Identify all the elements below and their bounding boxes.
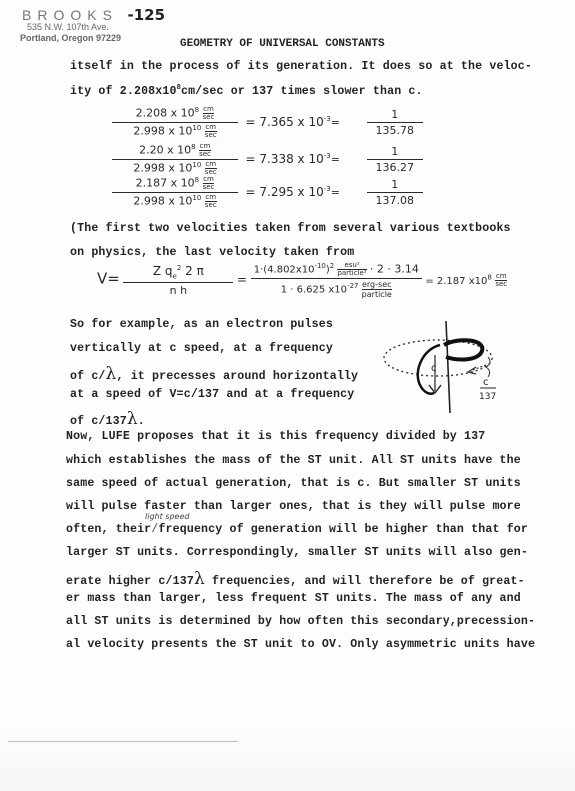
velocity-value: ity of 2.208x10 (70, 85, 177, 98)
ratio-den-exp: 10 (192, 161, 201, 169)
ratio-equation: 2.187 x 108 cmsec2.998 x 1010 cmsec = 7.… (112, 176, 423, 209)
ratio-fraction: 2.20 x 108 cmsec2.998 x 1010 cmsec (112, 143, 238, 176)
reciprocal-den: 137.08 (367, 193, 423, 207)
intro-line-2-rest: cm/sec or 137 times slower than c. (181, 85, 423, 98)
diagram-label-c: c (431, 363, 437, 374)
ratio-result-exp: -3 (324, 152, 331, 160)
lambda-symbol: λ (127, 409, 138, 429)
ratio-numerator: 2.208 x 10 (136, 107, 195, 120)
reciprocal-fraction: 1136.27 (367, 145, 423, 174)
body-line: er mass than larger, less frequent ST un… (66, 592, 521, 605)
ratio-result: = 7.295 x 10 (246, 185, 324, 199)
frac2-den-unit-num: erg-sec (362, 280, 392, 290)
body-line: will pulse faster than larger ones, that… (66, 500, 521, 513)
unit-den: sec (203, 183, 215, 191)
unit-den: sec (203, 113, 215, 121)
intro-line-2: ity of 2.208x108cm/sec or 137 times slow… (70, 84, 423, 98)
body-text: larger ST units. Correspondingly, smalle… (66, 546, 528, 559)
example-line-3-b: , it precesses around horizontally (116, 370, 358, 383)
ratio-fraction: 2.187 x 108 cmsec2.998 x 1010 cmsec (112, 176, 238, 209)
ratio-num-exp: 8 (195, 176, 199, 184)
unit-den: sec (199, 150, 211, 158)
frac2-den-exp: -27 (347, 282, 358, 290)
result-unit-den: sec (495, 280, 507, 288)
body-line: often, their/frequency of generation wil… (66, 523, 528, 536)
ratio-numerator: 2.20 x 10 (139, 144, 191, 157)
address-line-2: Portland, Oregon 97229 (20, 33, 121, 43)
example-line-3-a: of c/ (70, 370, 106, 383)
body-line: al velocity presents the ST unit to OV. … (66, 638, 535, 651)
body-text: all ST units is determined by how often … (66, 615, 535, 628)
ratio-numerator: 2.187 x 10 (136, 177, 195, 190)
body-line: larger ST units. Correspondingly, smalle… (66, 546, 528, 559)
handwritten-insertion: light speed (145, 512, 189, 521)
address-line-1: 535 N.W. 107th Ave. (27, 22, 109, 32)
body-text: which establishes the mass of the ST uni… (66, 454, 521, 467)
body-text: frequencies, and will therefore be of gr… (205, 575, 525, 588)
ratio-num-exp: 8 (191, 143, 195, 151)
body-line: Now, LUFE proposes that it is this frequ… (66, 430, 485, 443)
frac1-sub: e (173, 273, 177, 281)
frac1-rest: 2 π (181, 264, 204, 278)
example-line-5-a: of c/137 (70, 415, 127, 428)
example-line-5-b: . (138, 415, 145, 428)
frac2-den: 1 · 6.625 x10 (281, 285, 347, 296)
body-text: er mass than larger, less frequent ST un… (66, 592, 521, 605)
ratio-denominator: 2.998 x 10 (133, 162, 192, 175)
ratio-denominator: 2.998 x 10 (133, 195, 192, 208)
reciprocal-den: 135.78 (367, 123, 423, 137)
frac1-num: Z q (153, 264, 173, 278)
frac1-den: n h (123, 283, 233, 297)
intro-line-1: itself in the process of its generation.… (70, 60, 532, 73)
lambda-symbol: λ (106, 364, 117, 384)
body-text: will pulse faster than larger ones, that… (66, 500, 521, 513)
velocity-formula: V= Z qe2 2 π n h = 1·(4.802x10-10)2 esu²… (97, 262, 507, 299)
body-text: al velocity presents the ST unit to OV. … (66, 638, 535, 651)
reciprocal-num: 1 (367, 178, 423, 193)
page-number: -125 (128, 6, 166, 24)
note-line-1: (The first two velocities taken from sev… (70, 222, 511, 235)
frac2-sq: 2 (330, 262, 334, 270)
body-text: often, their (66, 523, 151, 536)
body-text: same speed of actual generation, that is… (66, 477, 521, 490)
reciprocal-den: 136.27 (367, 160, 423, 174)
unit-den: sec (205, 201, 217, 209)
example-line-2: vertically at c speed, at a frequency (70, 342, 333, 355)
body-line: erate higher c/137λ frequencies, and wil… (66, 569, 525, 589)
ratio-den-exp: 10 (192, 124, 201, 132)
lambda-symbol: λ (194, 569, 205, 589)
formula-result: = 2.187 x10 (425, 276, 487, 287)
body-text: frequency of generation will be higher t… (158, 523, 528, 536)
example-line-4: at a speed of V=c/137 and at a frequency (70, 388, 354, 401)
reciprocal-num: 1 (367, 145, 423, 160)
formula-result-exp: 8 (487, 273, 491, 281)
formula-fraction-2: 1·(4.802x10-10)2 esu²particle² · 2 · 3.1… (251, 262, 422, 299)
formula-fraction-1: Z qe2 2 π n h (123, 264, 233, 296)
frac2-den-unit-den: particle (362, 290, 392, 299)
example-line-3: of c/λ, it precesses around horizontally (70, 364, 358, 384)
body-text: erate higher c/137 (66, 575, 194, 588)
frac2-num-rest: · 2 · 3.14 (370, 263, 419, 276)
ratio-den-exp: 10 (192, 194, 201, 202)
frac2-num: 1·(4.802x10 (254, 265, 315, 276)
example-line-1: So for example, as an electron pulses (70, 318, 333, 331)
reciprocal-fraction: 1135.78 (367, 108, 423, 137)
note-line-2: on physics, the last velocity taken from (70, 246, 354, 259)
frac2-num-exp: -10 (314, 262, 325, 270)
ratio-result-exp: -3 (324, 185, 331, 193)
diagram-label-c-over: c (483, 377, 489, 388)
scan-artifact-line (8, 741, 238, 742)
ratio-num-exp: 8 (195, 106, 199, 114)
reciprocal-fraction: 1137.08 (367, 178, 423, 207)
ratio-equation: 2.208 x 108 cmsec2.998 x 1010 cmsec = 7.… (112, 106, 423, 139)
body-line: same speed of actual generation, that is… (66, 477, 521, 490)
reciprocal-num: 1 (367, 108, 423, 123)
body-line: which establishes the mass of the ST uni… (66, 454, 521, 467)
scan-margin (0, 730, 575, 791)
ratio-result: = 7.338 x 10 (246, 152, 324, 166)
stamp-name: BROOKS (22, 7, 118, 23)
frac2-unit-den: particle² (337, 269, 366, 277)
body-text: Now, LUFE proposes that it is this frequ… (66, 430, 485, 443)
ratio-denominator: 2.998 x 10 (133, 125, 192, 138)
body-line: all ST units is determined by how often … (66, 615, 535, 628)
ratio-result: = 7.365 x 10 (246, 115, 324, 129)
example-line-5: of c/137λ. (70, 409, 145, 429)
page-title: GEOMETRY OF UNIVERSAL CONSTANTS (180, 38, 385, 50)
diagram-label-137: 137 (479, 392, 496, 402)
ratio-equation: 2.20 x 108 cmsec2.998 x 1010 cmsec = 7.3… (112, 143, 423, 176)
unit-den: sec (205, 131, 217, 139)
precession-diagram: c c 137 (368, 313, 508, 413)
formula-lhs: V= (97, 270, 120, 288)
ratio-result-exp: -3 (324, 115, 331, 123)
ratio-fraction: 2.208 x 108 cmsec2.998 x 1010 cmsec (112, 106, 238, 139)
